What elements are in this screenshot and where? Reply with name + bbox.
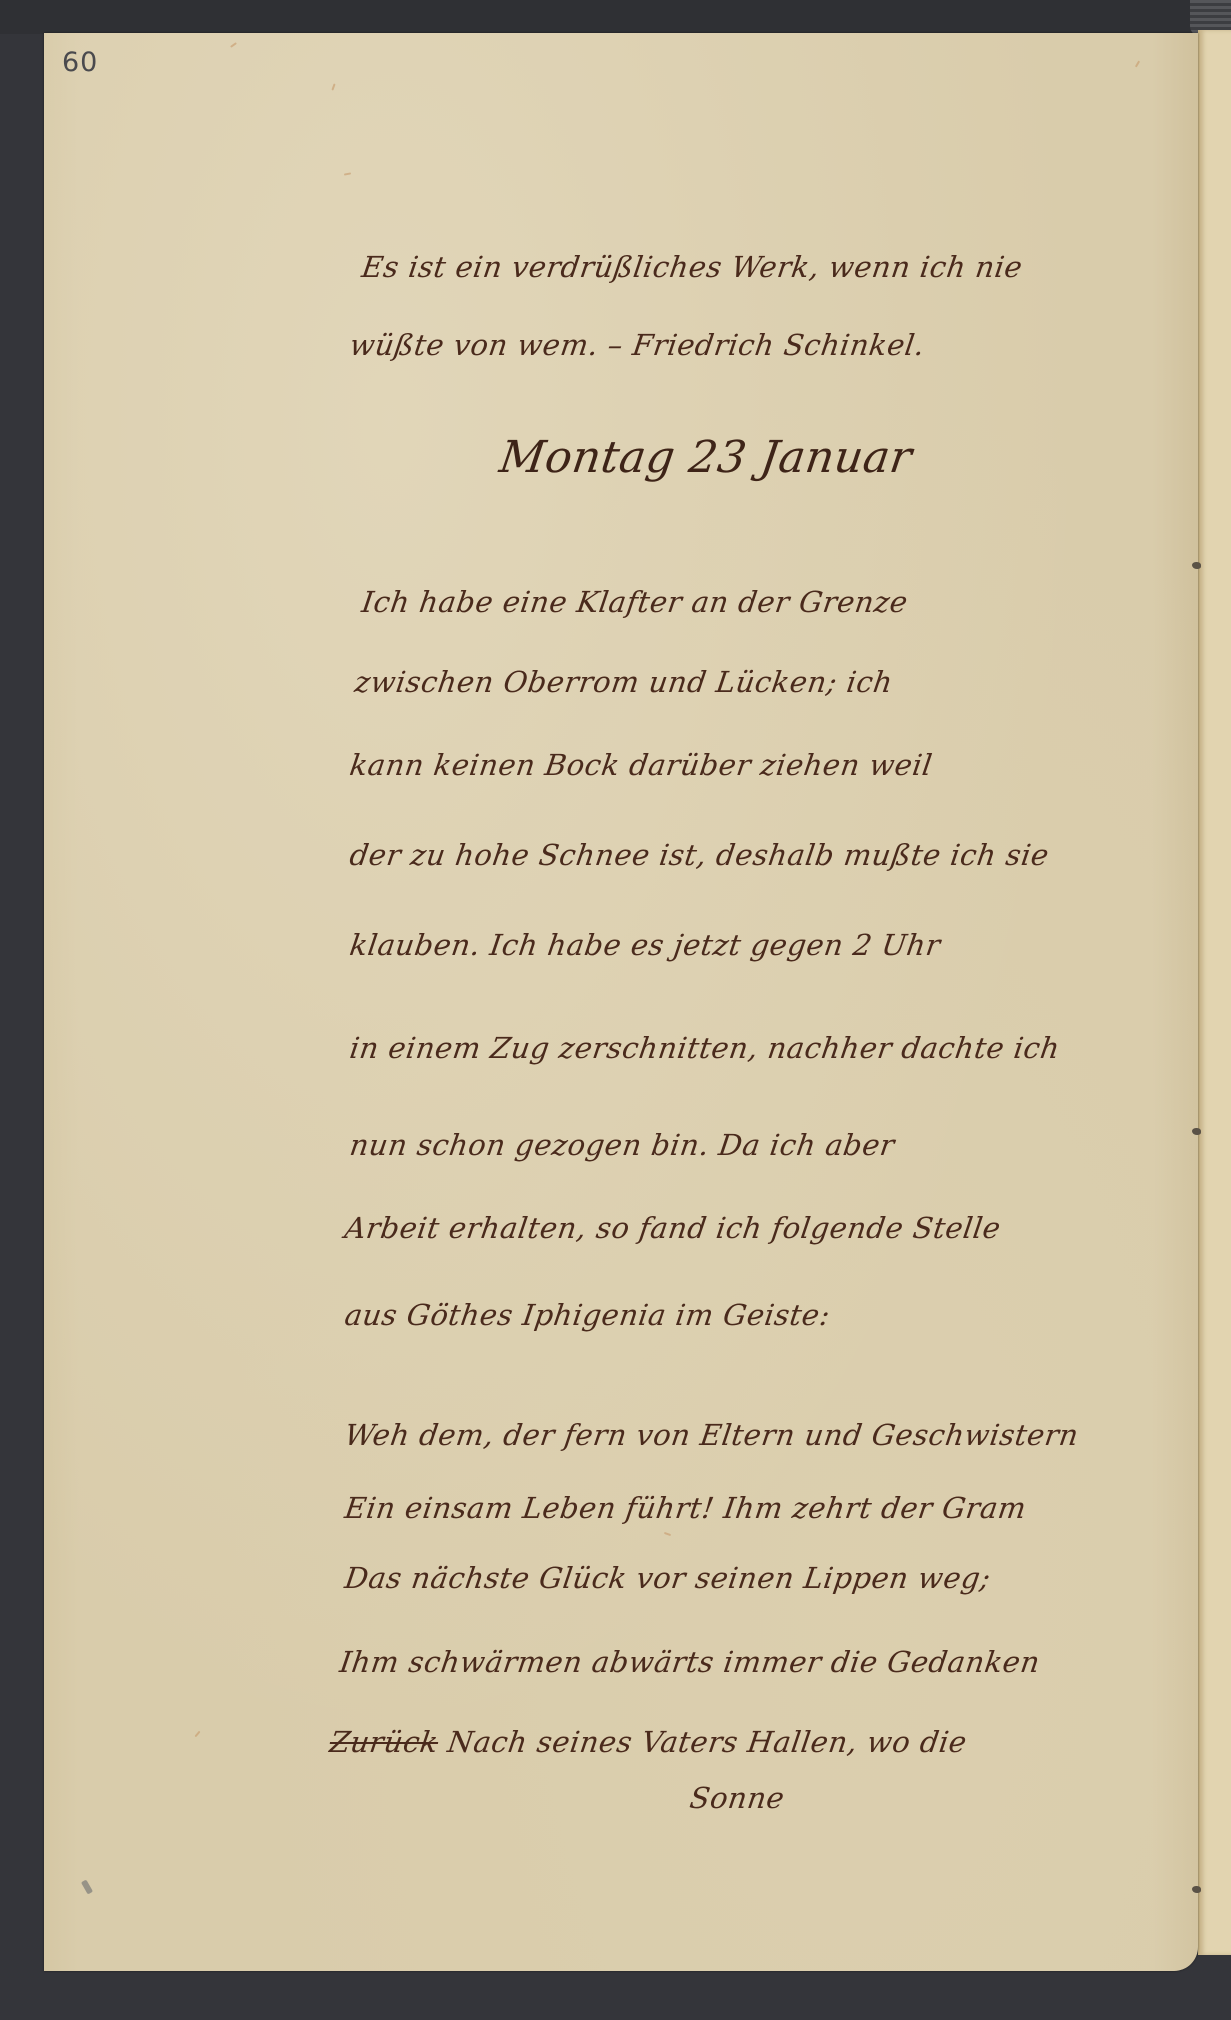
manuscript-page <box>44 33 1198 1971</box>
quote-line: Ihm schwärmen abwärts immer die Gedanken <box>338 1645 1043 1679</box>
page-notch <box>1192 562 1201 569</box>
intro-line: wüßte von wem. – Friedrich Schinkel. <box>348 328 927 362</box>
quote-line: Weh dem, der fern von Eltern und Geschwi… <box>343 1418 1081 1452</box>
entry-heading: Montag 23 Januar <box>496 432 915 483</box>
paragraph-line: Ich habe eine Klafter an der Grenze <box>360 585 910 619</box>
quote-line-with-deletion: Zurück Nach seines Vaters Hallen, wo die <box>328 1725 970 1759</box>
page-notch <box>1192 1886 1201 1893</box>
catchword: Sonne <box>688 1781 787 1815</box>
paper-fleck <box>194 1731 200 1738</box>
adjacent-page-edge <box>1198 30 1231 1955</box>
paragraph-line: zwischen Oberrom und Lücken; ich <box>353 665 895 699</box>
paper-fleck <box>331 83 335 90</box>
paper-fleck <box>664 1532 671 1536</box>
page-notch <box>1192 1128 1201 1135</box>
pencil-mark <box>81 1879 93 1894</box>
paper-fleck <box>1135 60 1140 67</box>
paragraph-line: kann keinen Bock darüber ziehen weil <box>348 748 935 782</box>
scan-backdrop <box>0 0 1231 34</box>
paragraph-line: aus Göthes Iphigenia im Geiste: <box>343 1298 833 1332</box>
quote-line-rest: Nach seines Vaters Hallen, wo die <box>436 1725 969 1759</box>
paragraph-line: in einem Zug zerschnitten, nachher dacht… <box>348 1031 1063 1065</box>
intro-line: Es ist ein verdrüßliches Werk, wenn ich … <box>360 250 1025 284</box>
paragraph-line: klauben. Ich habe es jetzt gegen 2 Uhr <box>348 928 943 962</box>
folio-number: 60 <box>62 47 98 78</box>
struck-word: Zurück <box>328 1725 441 1759</box>
quote-line: Ein einsam Leben führt! Ihm zehrt der Gr… <box>343 1491 1029 1525</box>
paragraph-line: Arbeit erhalten, so fand ich folgende St… <box>343 1211 1003 1245</box>
paragraph-line: nun schon gezogen bin. Da ich aber <box>348 1128 897 1162</box>
paragraph-line: der zu hohe Schnee ist, deshalb mußte ic… <box>348 838 1052 872</box>
paper-fleck <box>230 42 237 48</box>
paper-fleck <box>344 172 351 175</box>
quote-line: Das nächste Glück vor seinen Lippen weg; <box>343 1561 993 1595</box>
